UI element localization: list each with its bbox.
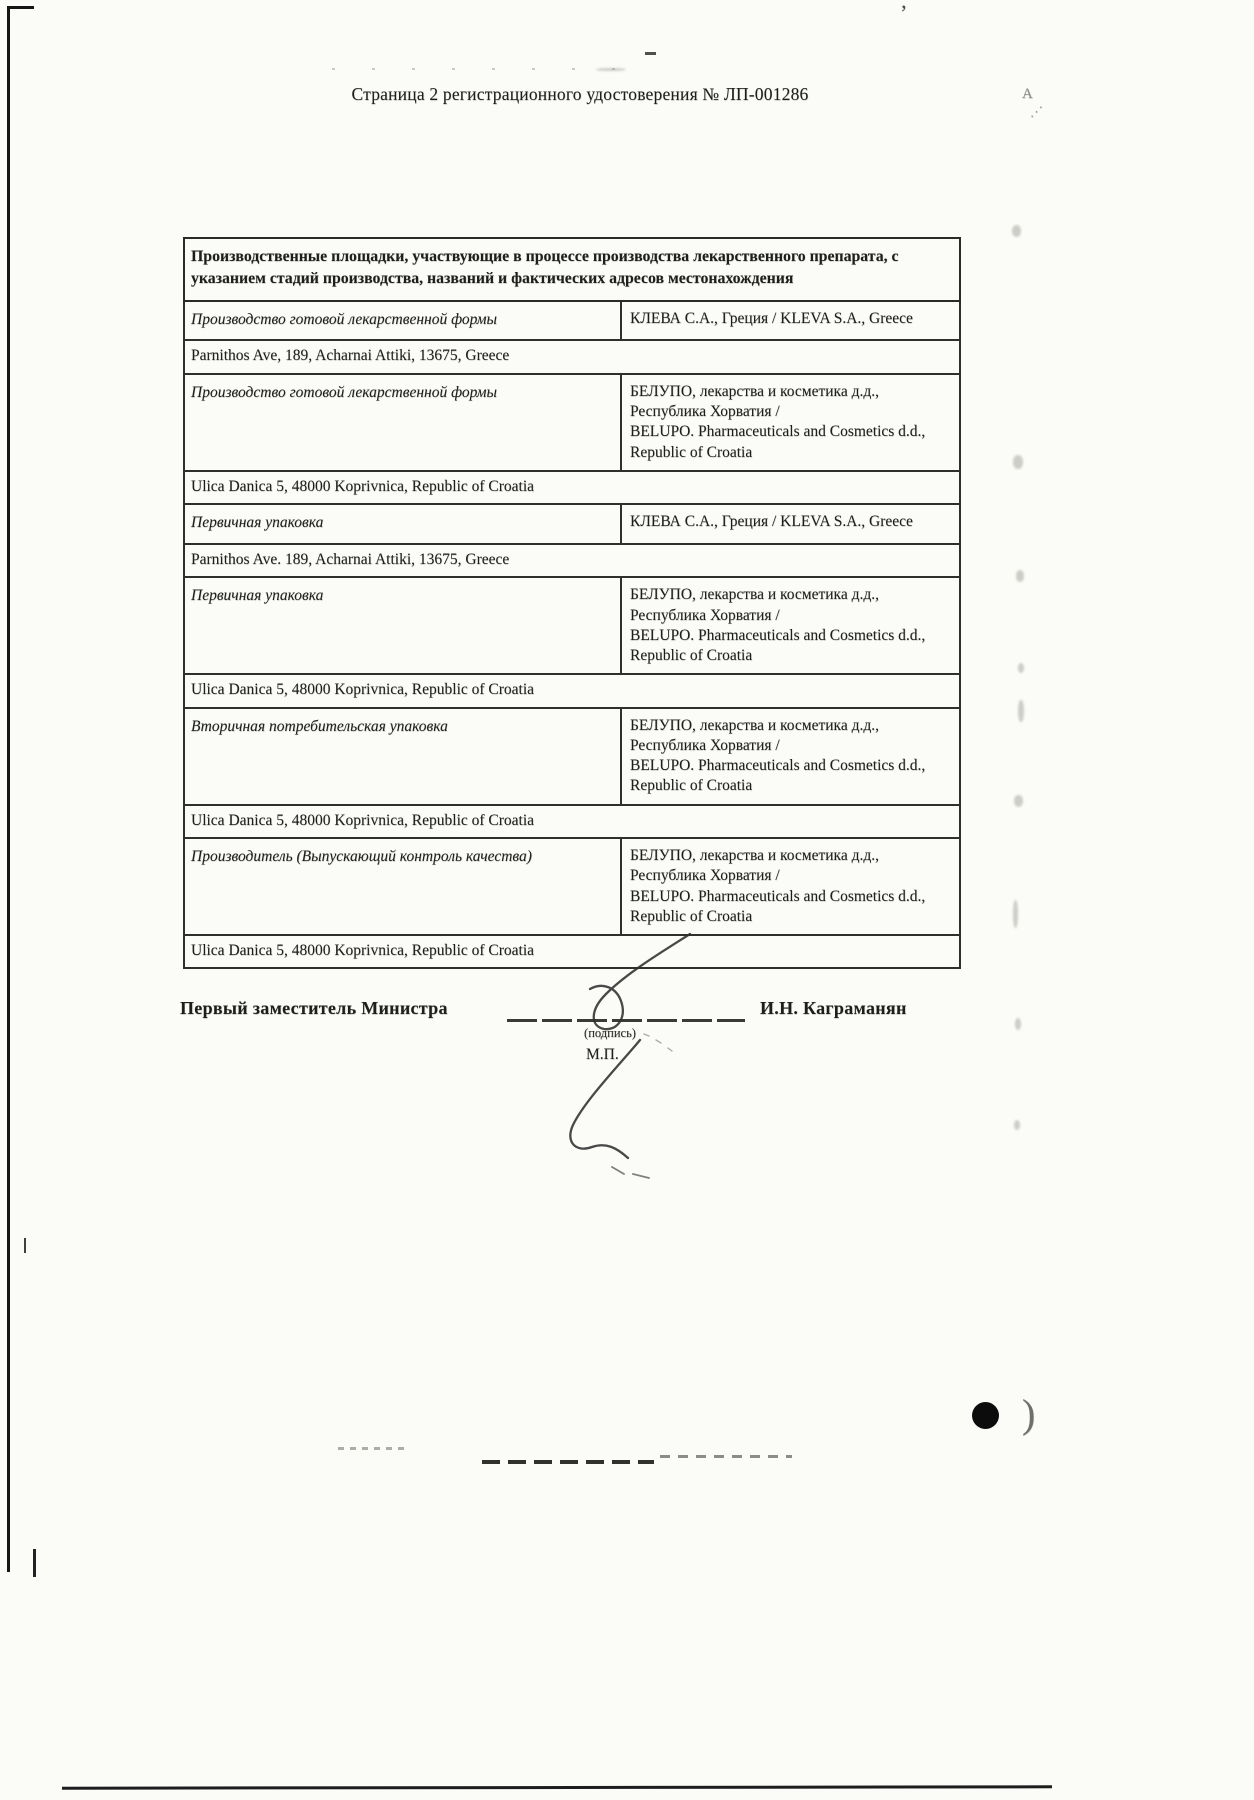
production-stage-cell: Производство готовой лекарственной формы [184, 301, 621, 341]
scan-artifact-dash-cluster [338, 1447, 410, 1450]
table-row: Вторичная потребительская упаковкаБЕЛУПО… [184, 708, 960, 805]
table-header-row: Производственные площадки, участвующие в… [184, 238, 960, 301]
table-row: Первичная упаковкаБЕЛУПО, лекарства и ко… [184, 577, 960, 674]
table-row: Производство готовой лекарственной формы… [184, 374, 960, 471]
production-stage-cell: Первичная упаковка [184, 577, 621, 674]
manufacturer-line: Republic of Croatia [630, 646, 953, 665]
manufacturer-cell: БЕЛУПО, лекарства и косметика д.д.,Респу… [621, 838, 960, 935]
address-cell: Parnithos Ave, 189, Acharnai Attiki, 136… [184, 340, 960, 374]
address-cell: Ulica Danica 5, 48000 Koprivnica, Republ… [184, 471, 960, 505]
manufacturer-line: БЕЛУПО, лекарства и косметика д.д., [630, 846, 953, 865]
scan-artifact-speck [1016, 570, 1024, 582]
scan-artifact-apostrophe: ’ [900, 0, 907, 26]
manufacturer-cell: БЕЛУПО, лекарства и косметика д.д.,Респу… [621, 708, 960, 805]
scan-artifact-dash-cluster [660, 1455, 792, 1458]
manufacturer-line: КЛЕВА С.А., Греция / KLEVA S.A., Greece [630, 309, 953, 328]
manufacturing-sites-table: Производственные площадки, участвующие в… [183, 237, 961, 969]
manufacturer-line: Республика Хорватия / [630, 866, 953, 885]
manufacturer-line: Republic of Croatia [630, 443, 953, 462]
scan-artifact-specks [332, 68, 632, 70]
scan-artifact-dash [645, 52, 656, 55]
manufacturer-line: КЛЕВА С.А., Греция / KLEVA S.A., Greece [630, 512, 953, 531]
production-stage-cell: Вторичная потребительская упаковка [184, 708, 621, 805]
manufacturer-cell: КЛЕВА С.А., Греция / KLEVA S.A., Greece [621, 504, 960, 544]
manufacturer-line: Республика Хорватия / [630, 606, 953, 625]
manufacturer-cell: КЛЕВА С.А., Греция / KLEVA S.A., Greece [621, 301, 960, 341]
scan-artifact-top-left-corner [7, 6, 34, 9]
address-cell: Ulica Danica 5, 48000 Koprivnica, Republ… [184, 674, 960, 708]
scan-artifact-paren-mark: ) [1022, 1390, 1035, 1437]
manufacturer-line: BELUPO. Pharmaceuticals and Cosmetics d.… [630, 756, 953, 775]
scan-artifact-speck [596, 68, 626, 71]
manufacturer-line: BELUPO. Pharmaceuticals and Cosmetics d.… [630, 626, 953, 645]
manufacturer-line: БЕЛУПО, лекарства и косметика д.д., [630, 716, 953, 735]
scan-artifact-left-edge-line [7, 6, 10, 1572]
scan-artifact-left-tick [24, 1238, 26, 1253]
table-row: Ulica Danica 5, 48000 Koprivnica, Republ… [184, 674, 960, 708]
production-stage-cell: Производитель (Выпускающий контроль каче… [184, 838, 621, 935]
manufacturer-line: Republic of Croatia [630, 776, 953, 795]
manufacturer-line: Республика Хорватия / [630, 736, 953, 755]
scan-artifact-letter-mark: А [1022, 86, 1034, 103]
manufacturer-cell: БЕЛУПО, лекарства и косметика д.д.,Респу… [621, 577, 960, 674]
scan-artifact-speck [1012, 225, 1021, 237]
scan-artifact-speck [1014, 795, 1023, 807]
manufacturer-line: BELUPO. Pharmaceuticals and Cosmetics d.… [630, 422, 953, 441]
official-name: И.Н. Каграманян [760, 998, 907, 1019]
scan-artifact-hash-mark: ⋰ [1030, 104, 1043, 120]
table-row: Первичная упаковкаКЛЕВА С.А., Греция / K… [184, 504, 960, 544]
scan-artifact-dash-cluster [482, 1460, 654, 1464]
scan-artifact-speck [1018, 700, 1024, 722]
sites-table-body: Производство готовой лекарственной формы… [184, 301, 960, 969]
table-row: Ulica Danica 5, 48000 Koprivnica, Republ… [184, 805, 960, 839]
table-row: Ulica Danica 5, 48000 Koprivnica, Republ… [184, 471, 960, 505]
scan-artifact-speck [1018, 663, 1024, 673]
table-row: Parnithos Ave, 189, Acharnai Attiki, 136… [184, 340, 960, 374]
table-row: Parnithos Ave. 189, Acharnai Attiki, 136… [184, 544, 960, 578]
manufacturer-line: БЕЛУПО, лекарства и косметика д.д., [630, 382, 953, 401]
production-stage-cell: Первичная упаковка [184, 504, 621, 544]
handwritten-signature-icon [540, 922, 715, 1182]
table-header-cell: Производственные площадки, участвующие в… [184, 238, 960, 301]
production-stage-cell: Производство готовой лекарственной формы [184, 374, 621, 471]
table-row: Производитель (Выпускающий контроль каче… [184, 838, 960, 935]
scan-artifact-speck [1013, 900, 1018, 928]
manufacturer-cell: БЕЛУПО, лекарства и косметика д.д.,Респу… [621, 374, 960, 471]
scan-artifact-speck [1014, 1120, 1020, 1130]
manufacturer-line: Республика Хорватия / [630, 402, 953, 421]
manufacturer-line: BELUPO. Pharmaceuticals and Cosmetics d.… [630, 887, 953, 906]
address-cell: Ulica Danica 5, 48000 Koprivnica, Republ… [184, 805, 960, 839]
manufacturer-line: БЕЛУПО, лекарства и косметика д.д., [630, 585, 953, 604]
address-cell: Parnithos Ave. 189, Acharnai Attiki, 136… [184, 544, 960, 578]
page-title: Страница 2 регистрационного удостоверени… [180, 84, 980, 105]
scan-artifact-speck [1015, 1018, 1021, 1030]
table-row: Производство готовой лекарственной формы… [184, 301, 960, 341]
scan-artifact-ink-dot [972, 1402, 999, 1429]
official-title: Первый заместитель Министра [180, 998, 448, 1019]
scanned-document-page: Страница 2 регистрационного удостоверени… [0, 0, 1254, 1800]
scan-artifact-bottom-line [62, 1785, 1052, 1789]
scan-artifact-speck [1013, 455, 1023, 469]
scan-artifact-bottom-left-corner [33, 1549, 36, 1577]
